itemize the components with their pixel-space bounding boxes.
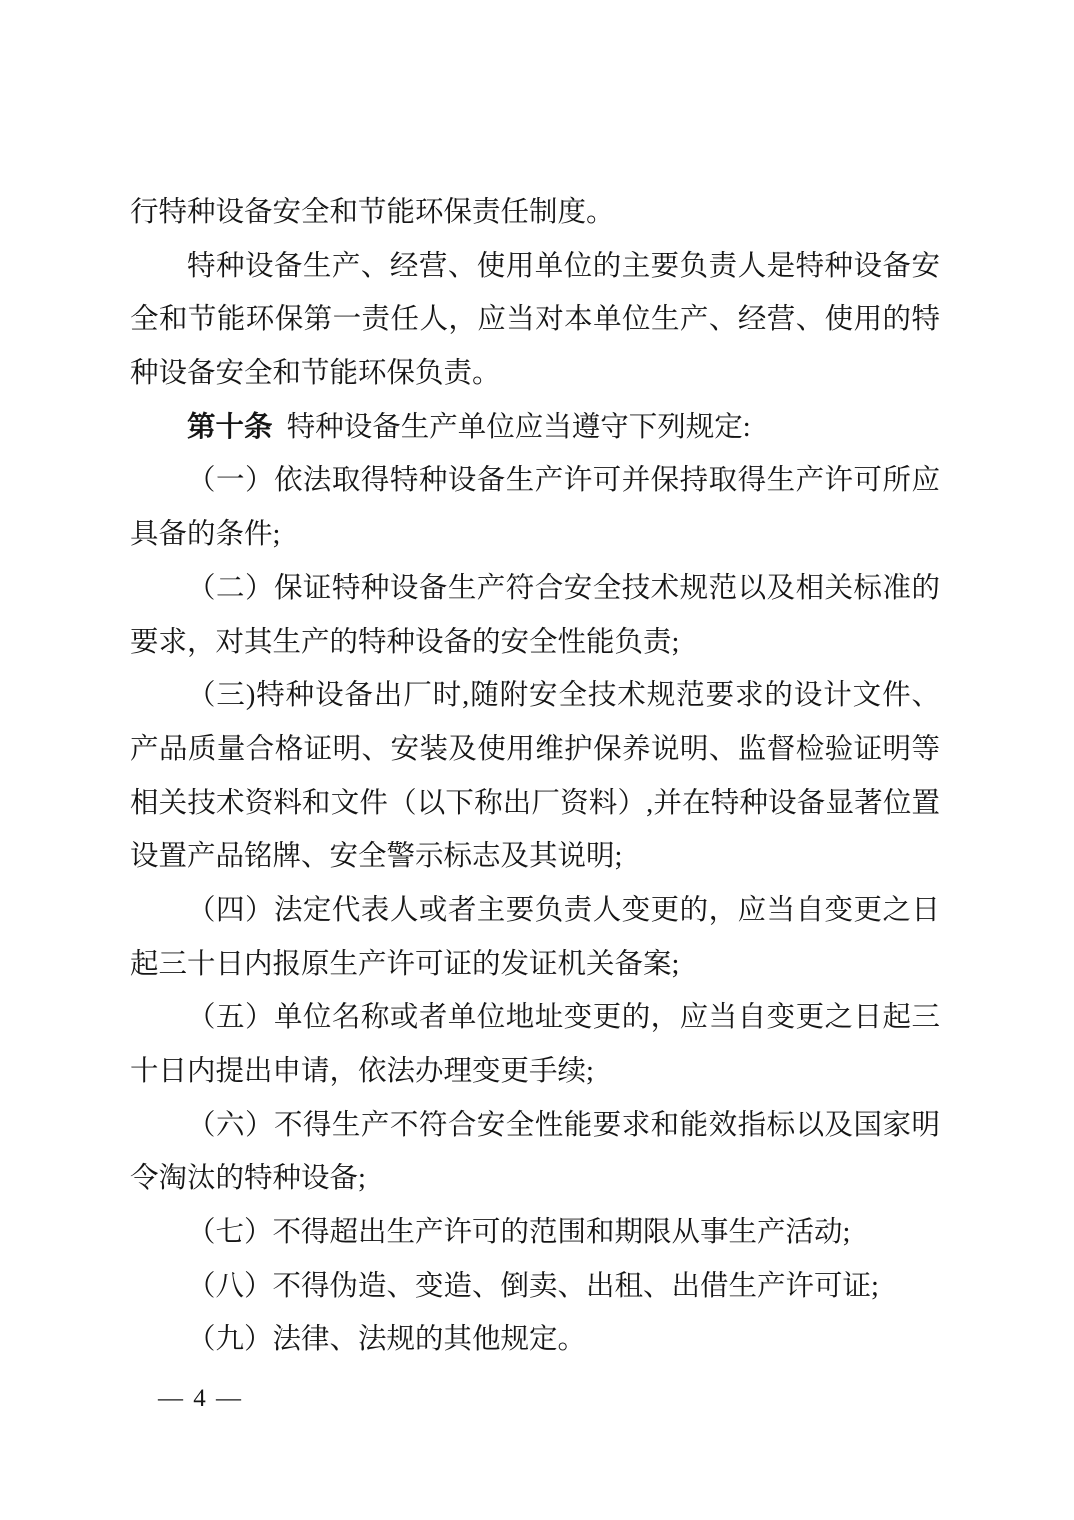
text-segment: 要求，对其生产的特种设备的安全性能负责; — [130, 627, 679, 658]
text-segment: 令淘汰的特种设备; — [130, 1163, 366, 1194]
text-line: 第十条 特种设备生产单位应当遵守下列规定: — [130, 401, 940, 455]
text-segment: （一）依法取得特种设备生产许可并保持取得生产许可所应 — [187, 465, 940, 496]
text-line: 种设备安全和节能环保负责。 — [130, 347, 940, 401]
text-line: 令淘汰的特种设备; — [130, 1152, 940, 1206]
text-line: 起三十日内报原生产许可证的发证机关备案; — [130, 938, 940, 992]
text-line: 相关技术资料和文件（以下称出厂资料）,并在特种设备显著位置 — [130, 777, 940, 831]
text-line: （四）法定代表人或者主要负责人变更的，应当自变更之日 — [130, 884, 940, 938]
text-segment: （九）法律、法规的其他规定。 — [187, 1324, 586, 1355]
text-segment: （四）法定代表人或者主要负责人变更的，应当自变更之日 — [187, 895, 940, 926]
text-segment: （七）不得超出生产许可的范围和期限从事生产活动; — [187, 1217, 850, 1248]
text-line: 全和节能环保第一责任人，应当对本单位生产、经营、使用的特 — [130, 293, 940, 347]
text-segment: 全和节能环保第一责任人，应当对本单位生产、经营、使用的特 — [130, 304, 940, 335]
text-line: （二）保证特种设备生产符合安全技术规范以及相关标准的 — [130, 562, 940, 616]
text-segment: 特种设备生产单位应当遵守下列规定: — [273, 412, 751, 443]
text-line: 要求，对其生产的特种设备的安全性能负责; — [130, 616, 940, 670]
text-line: 产品质量合格证明、安装及使用维护保养说明、监督检验证明等 — [130, 723, 940, 777]
text-segment: 特种设备生产、经营、使用单位的主要负责人是特种设备安 — [187, 251, 940, 282]
document-body: 行特种设备安全和节能环保责任制度。特种设备生产、经营、使用单位的主要负责人是特种… — [130, 186, 940, 1367]
text-line: 十日内提出申请，依法办理变更手续; — [130, 1045, 940, 1099]
text-line: （六）不得生产不符合安全性能要求和能效指标以及国家明 — [130, 1099, 940, 1153]
text-segment: 种设备安全和节能环保负责。 — [130, 358, 501, 389]
text-segment: 起三十日内报原生产许可证的发证机关备案; — [130, 949, 679, 980]
document-page: 行特种设备安全和节能环保责任制度。特种设备生产、经营、使用单位的主要负责人是特种… — [0, 0, 1074, 1520]
text-segment: 行特种设备安全和节能环保责任制度。 — [130, 197, 615, 228]
text-segment: （三)特种设备出厂时,随附安全技术规范要求的设计文件、 — [187, 680, 940, 711]
page-number: — 4 — — [158, 1384, 243, 1414]
text-segment: 设置产品铭牌、安全警示标志及其说明; — [130, 841, 622, 872]
article-number: 第十条 — [187, 412, 273, 443]
text-segment: （二）保证特种设备生产符合安全技术规范以及相关标准的 — [187, 573, 940, 604]
text-segment: 具备的条件; — [130, 519, 280, 550]
text-line: 行特种设备安全和节能环保责任制度。 — [130, 186, 940, 240]
text-segment: （八）不得伪造、变造、倒卖、出租、出借生产许可证; — [187, 1271, 879, 1302]
text-segment: 十日内提出申请，依法办理变更手续; — [130, 1056, 594, 1087]
text-line: （八）不得伪造、变造、倒卖、出租、出借生产许可证; — [130, 1260, 940, 1314]
text-segment: （五）单位名称或者单位地址变更的，应当自变更之日起三 — [187, 1002, 940, 1033]
text-segment: 产品质量合格证明、安装及使用维护保养说明、监督检验证明等 — [130, 734, 940, 765]
text-line: （七）不得超出生产许可的范围和期限从事生产活动; — [130, 1206, 940, 1260]
text-line: （一）依法取得特种设备生产许可并保持取得生产许可所应 — [130, 454, 940, 508]
text-line: 具备的条件; — [130, 508, 940, 562]
text-segment: 相关技术资料和文件（以下称出厂资料）,并在特种设备显著位置 — [130, 788, 940, 819]
text-line: （五）单位名称或者单位地址变更的，应当自变更之日起三 — [130, 991, 940, 1045]
text-segment: （六）不得生产不符合安全性能要求和能效指标以及国家明 — [187, 1110, 940, 1141]
text-line: 设置产品铭牌、安全警示标志及其说明; — [130, 830, 940, 884]
text-line: 特种设备生产、经营、使用单位的主要负责人是特种设备安 — [130, 240, 940, 294]
text-line: （三)特种设备出厂时,随附安全技术规范要求的设计文件、 — [130, 669, 940, 723]
text-line: （九）法律、法规的其他规定。 — [130, 1313, 940, 1367]
